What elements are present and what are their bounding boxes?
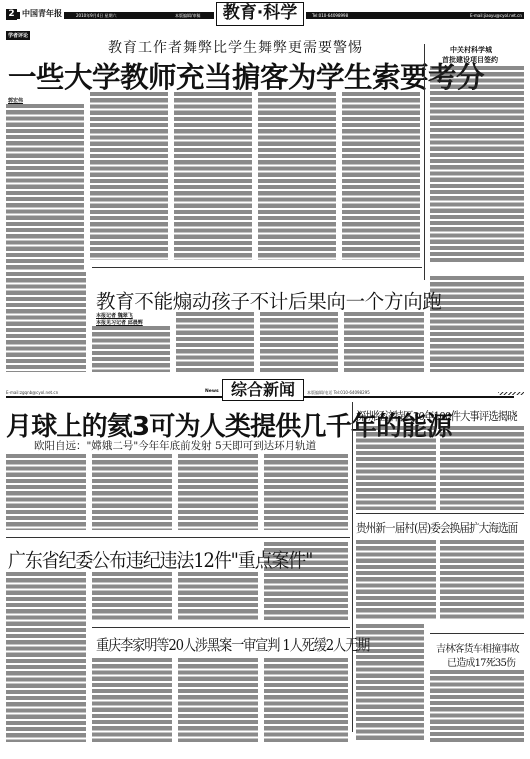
moon-body-col-4 [264,454,348,530]
lead-body-col-1 [6,104,84,270]
sidebar-body-continued [430,276,524,372]
masthead-email: E-mail:jiaoyu@cyol.net.cn [470,13,522,18]
news-label: News [205,389,219,394]
guizhou-body-col-1 [356,540,436,620]
shenzhen-headline: 深圳经济特区30年100件大事评选揭晓 [356,408,517,424]
second-body-col-3 [260,312,338,372]
lead-body-col-3 [174,92,252,260]
guangdong-body-col-1 [6,572,86,742]
moon-subhead: 欧阳自远："嫦娥二号"今年年底前发射 5天即可到达环月轨道 [34,438,316,453]
paper-name-logo: 中国青年报 [20,8,64,19]
moon-body-col-1 [6,454,86,530]
column-tag: 学者评论 [6,31,30,40]
col-left-continued [6,272,86,372]
second-body-col-1 [92,326,170,372]
page-number: 2 [6,9,17,20]
lead-body-col-4 [258,92,336,260]
masthead-editor: 本版编辑/审稿 [175,13,200,19]
shenzhen-body-col-1 [356,426,436,510]
chongqing-divider [92,627,350,628]
moon-body-col-2 [92,454,172,530]
jilin-divider [430,633,524,634]
guangdong-body-side [264,542,348,620]
second-body-col-2 [176,312,254,372]
guangdong-body-col-3 [178,572,258,620]
masthead-hatching [498,392,524,395]
guizhou-headline: 贵州新一届村(居)委会换届扩大海选面 [356,519,517,536]
lead-kicker: 教育工作者舞弊比学生舞弊更需要警惕 [108,37,363,57]
lead-byline: 郭宏伟 [8,97,23,104]
sidebar-headline-1: 中关村科学城 [450,45,492,55]
bottom-email: E-mail:zgqnb@cyol.net.cn [6,390,58,395]
section-divider [92,267,422,268]
second-body-col-4 [344,312,424,372]
guangdong-body-col-2 [92,572,172,620]
column-rule [424,44,425,280]
second-headline: 教育不能煽动孩子不计后果向一个方向跑 [96,286,442,314]
chongqing-headline: 重庆李家明等20人涉黑案一审宣判 1人死缓2人无期 [96,634,369,655]
bottom-editor: 本版编辑/电话 Tel:010-64098295 [307,390,370,396]
lead-headline: 一些大学教师充当掮客为学生索要考分 [8,55,484,96]
chongqing-body-col-2 [178,658,258,742]
chongqing-body-col-1 [92,658,172,742]
lead-body-col-2 [90,92,168,260]
jilin-headline-2: 已造成17死35伤 [447,654,515,669]
guizhou-divider [356,513,524,514]
section-title-general-news: 综合新闻 [222,379,304,401]
guizhou-body-col-2 [440,540,524,620]
second-byline-1: 本报记者 魏翠飞 [96,312,133,319]
masthead-phone: Tel:010-64098998 [312,13,348,18]
jilin-body [430,670,524,742]
sidebar-headline-2: 首批建设项目签约 [442,55,498,65]
guangdong-divider [6,537,350,538]
chongqing-body-col-3 [264,658,348,742]
chongqing-body-col-4 [356,624,424,742]
section-title-education-science: 教育·科学 [216,2,304,26]
sidebar-body [430,66,524,262]
jilin-headline-1: 吉林客货车相撞事故 [436,640,519,655]
moon-body-col-3 [178,454,258,530]
lead-body-col-5 [342,92,420,260]
shenzhen-body-col-2 [440,426,524,510]
masthead-date: 2010年9月4日 星期六 [76,13,117,19]
bottom-column-rule [352,402,353,732]
second-byline-2: 本报见习记者 邱晨辉 [96,319,143,326]
